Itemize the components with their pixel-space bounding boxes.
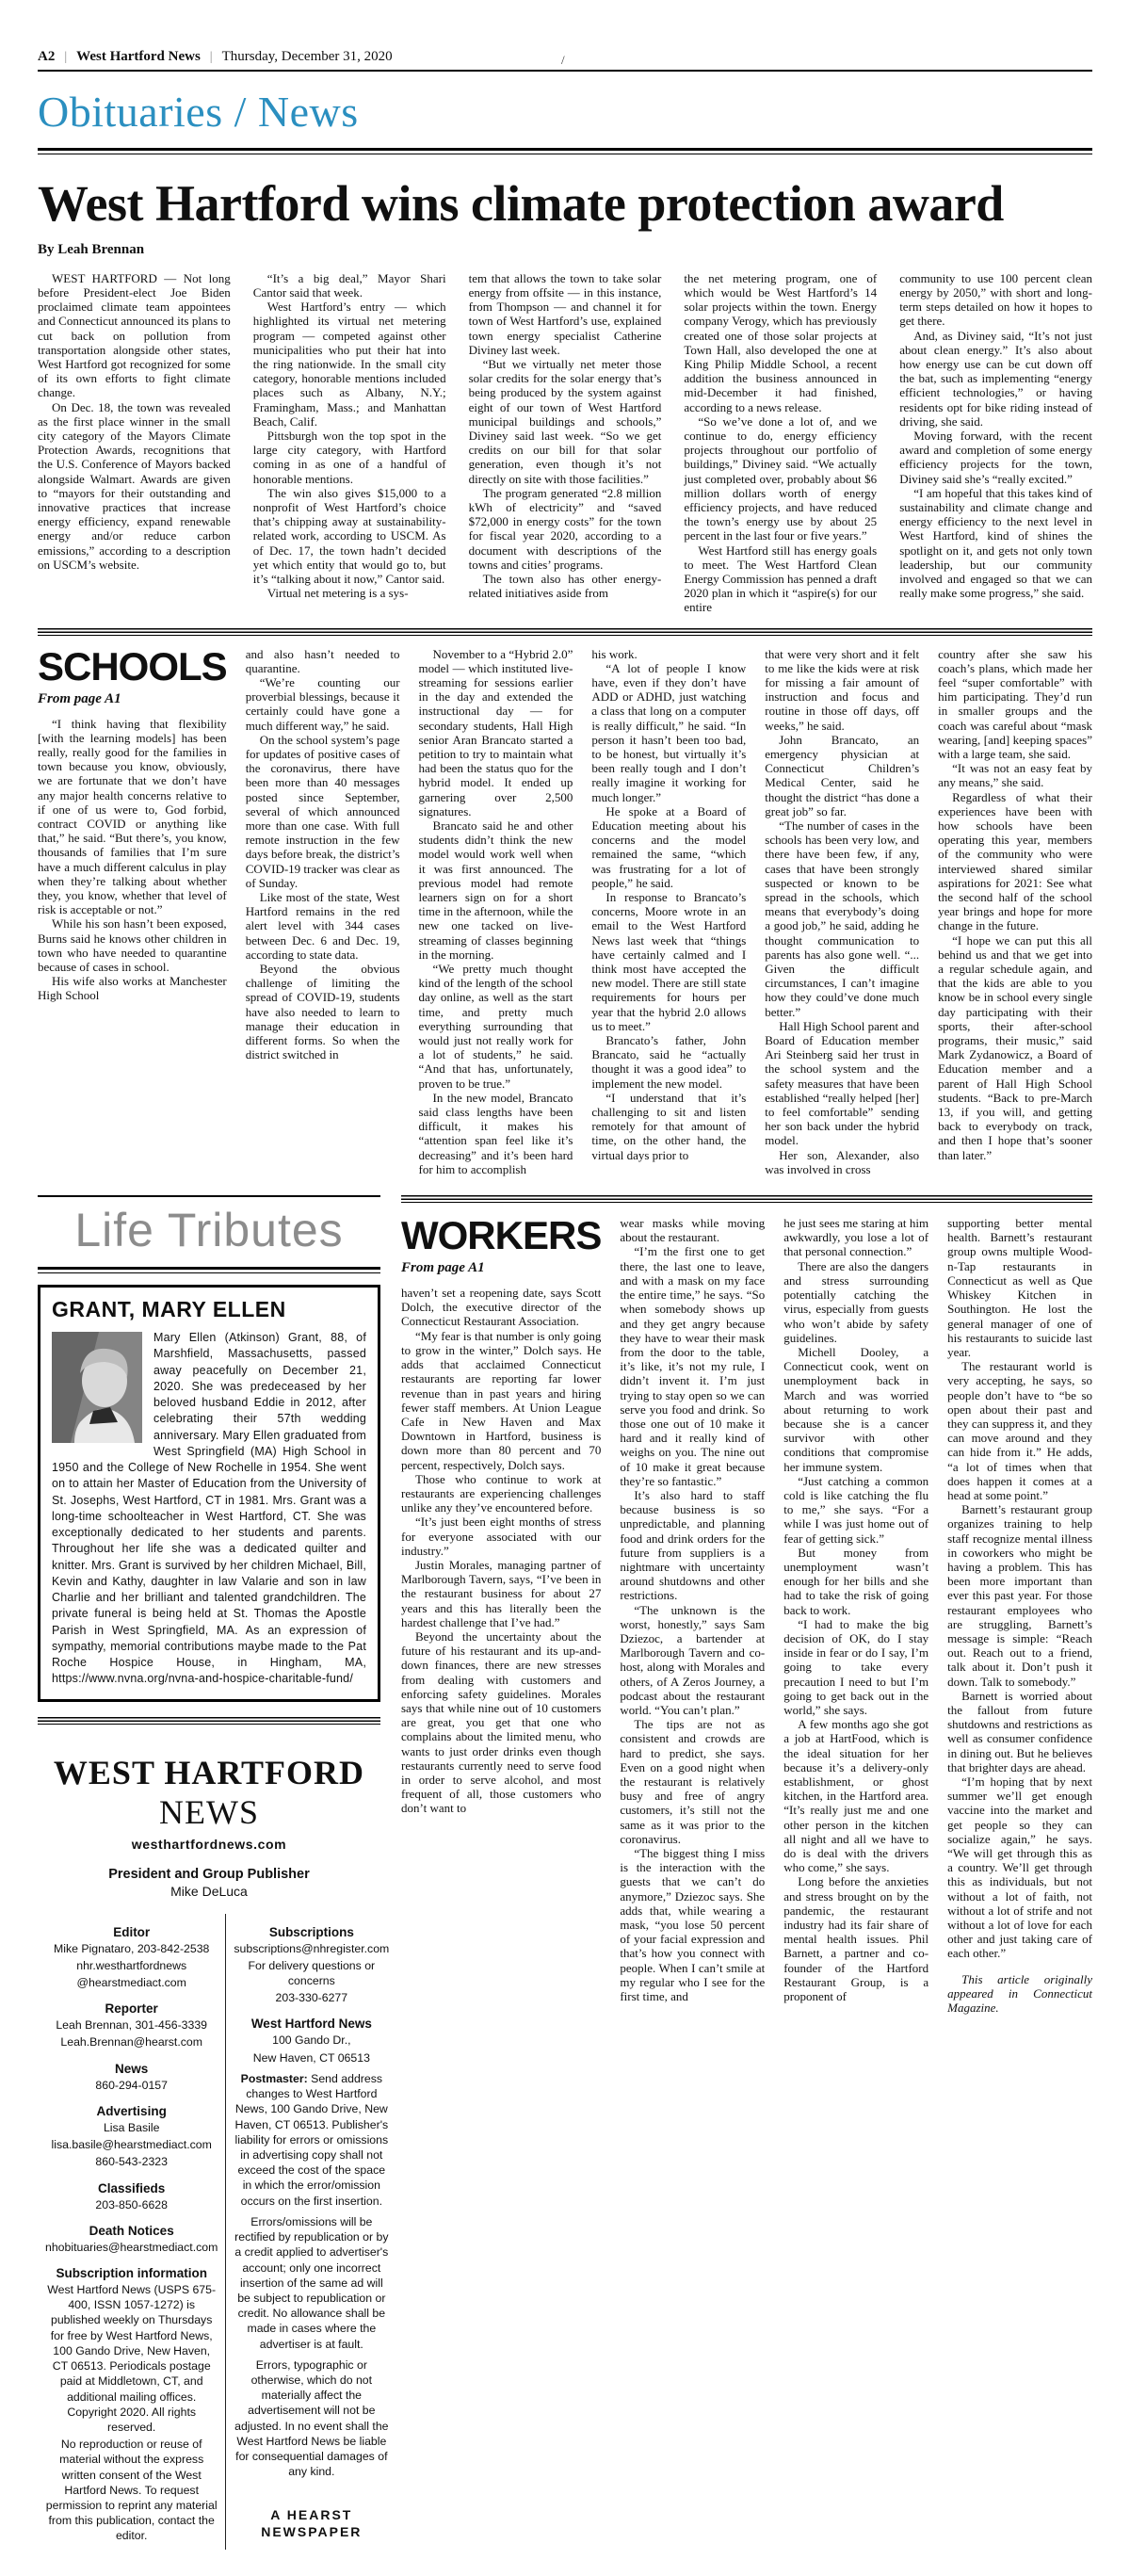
masthead-line: 860-543-2323 [45,2154,218,2169]
masthead-line: Errors, typographic or otherwise, which … [234,2357,389,2480]
paragraph: Pittsburgh won the top spot in the large… [253,429,446,486]
paragraph: country after she saw his coach’s plans,… [938,647,1092,762]
masthead-line: New Haven, CT 06513 [234,2050,389,2066]
left-rail: Life Tributes GRANT, MARY ELLEN Mary E [38,1195,380,2550]
article-column: supporting better mental health. Barnett… [947,1216,1092,2015]
masthead-line: West Hartford News (USPS 675-400, ISSN 1… [45,2282,218,2435]
masthead-heading: West Hartford News [234,2017,389,2031]
article-column: “It’s a big deal,” Mayor Shari Cantor sa… [253,271,446,615]
publication-name: West Hartford News [76,49,201,65]
paragraph: “So we’ve done a lot of, and we continue… [684,414,877,543]
masthead-columns: EditorMike Pignataro, 203-842-2538nhr.we… [38,1914,380,2550]
workers-jump-head: WORKERS From page A1 [401,1216,601,1276]
paragraph: On the school system’s page for updates … [246,733,400,890]
publisher-title: President and Group Publisher [38,1867,380,1882]
paragraph: Barnett is worried about the fallout fro… [947,1689,1092,1774]
masthead-line: Lisa Basile [45,2120,218,2135]
paragraph: A few months ago she got a job at HartFo… [783,1717,928,1874]
page-number: A2 [38,49,55,65]
paragraph: The program generated “2.8 million kWh o… [469,486,662,572]
article-column: community to use 100 percent clean energ… [899,271,1092,615]
paragraph: There are also the dangers and stress su… [783,1259,928,1345]
paragraph: “We pretty much thought kind of the leng… [419,962,573,1091]
paragraph: “I am hopeful that this takes kind of su… [899,486,1092,601]
paragraph: Hall High School parent and Board of Edu… [765,1019,919,1148]
masthead-block: News860-294-0157 [45,2062,218,2093]
lower-page-region: Life Tributes GRANT, MARY ELLEN Mary E [38,1195,1092,2550]
paragraph: His wife also works at Manchester High S… [38,974,227,1002]
paragraph: “But we virtually net meter those solar … [469,357,662,486]
masthead-heading: Subscription information [45,2266,218,2280]
masthead-line: 860-294-0157 [45,2078,218,2093]
workers-top-rule [401,1195,1092,1203]
column-text: haven’t set a reopening date, says Scott… [401,1286,601,1816]
masthead-block: Subscriptionssubscriptions@nhregister.co… [234,1925,389,2006]
obituary-photo [52,1332,142,1443]
masthead-heading: Advertising [45,2104,218,2118]
masthead-website: westhartfordnews.com [38,1837,380,1852]
article-column: November to a “Hybrid 2.0” model — which… [419,647,573,1177]
masthead-title-suffix: NEWS [159,1793,259,1831]
paragraph: haven’t set a reopening date, says Scott… [401,1286,601,1329]
paragraph: Beyond the uncertainty about the future … [401,1629,601,1816]
paragraph: “Just catching a common cold is like cat… [783,1474,928,1546]
schools-continuation: SCHOOLS From page A1 “I think having tha… [38,647,1092,1177]
paragraph: “I’m hoping that by next summer we’ll ge… [947,1774,1092,1961]
paragraph: and also hasn’t needed to quarantine. [246,647,400,675]
byline: By Leah Brennan [38,242,1092,258]
portrait-photo-illustration [52,1332,142,1443]
paragraph: The tips are not as consistent and crowd… [620,1717,765,1846]
issue-date: Thursday, December 31, 2020 [222,49,393,65]
paragraph: Long before the anxieties and stress bro… [783,1874,928,2003]
masthead-heading: Subscriptions [234,1925,389,1939]
paragraph: Brancato said he and other students didn… [419,818,573,962]
paragraph: The win also gives $15,000 to a nonprofi… [253,486,446,586]
masthead-line: Leah Brennan, 301-456-3339 [45,2017,218,2033]
paragraph: “The unknown is the worst, honestly,” sa… [620,1603,765,1718]
masthead-line: Mike Pignataro, 203-842-2538 [45,1941,218,1956]
page-folio: A2 | West Hartford News | Thursday, Dece… [38,49,1092,70]
paragraph: Like most of the state, West Hartford re… [246,890,400,962]
paragraph: Regardless of what their experiences hav… [938,790,1092,933]
masthead-block: ReporterLeah Brennan, 301-456-3339Leah.B… [45,2001,218,2049]
paragraph: “I hope we can put this all behind us an… [938,933,1092,1162]
article-column: tem that allows the town to take solar e… [469,271,662,615]
paragraph: Her son, Alexander, also was involved in… [765,1148,919,1176]
masthead-left-column: EditorMike Pignataro, 203-842-2538nhr.we… [38,1914,226,2550]
paragraph: tem that allows the town to take solar e… [469,271,662,357]
masthead-title: WEST HARTFORD NEWS [38,1753,380,1832]
from-page-note: From page A1 [401,1260,601,1276]
paragraph: West Hartford still has energy goals to … [684,543,877,615]
paragraph: the net metering program, one of which w… [684,271,877,414]
paragraph: that were very short and it felt to me l… [765,647,919,733]
masthead-block: Postmaster: Send address changes to West… [234,2071,389,2209]
masthead-block: A HEARST NEWSPAPER [234,2506,389,2541]
paragraph: The restaurant world is very accepting, … [947,1359,1092,1502]
paragraph: “It was not an easy feat by any means,” … [938,761,1092,789]
masthead-block: EditorMike Pignataro, 203-842-2538nhr.we… [45,1925,218,1991]
paragraph: In response to Brancato’s concerns, Moor… [591,890,746,1033]
folio-separator: | [64,50,67,65]
masthead-right-column: Subscriptionssubscriptions@nhregister.co… [226,1914,396,2550]
masthead-title-main: WEST HARTFORD [54,1754,364,1791]
workers-columns: WORKERS From page A1 haven’t set a reope… [401,1216,1092,2015]
column-text: supporting better mental health. Barnett… [947,1216,1092,1961]
masthead-block: Death Noticesnhobituaries@hearstmediact.… [45,2224,218,2255]
masthead-block: Subscription informationWest Hartford Ne… [45,2266,218,2544]
paragraph: November to a “Hybrid 2.0” model — which… [419,647,573,818]
masthead-block: Errors, typographic or otherwise, which … [234,2357,389,2480]
paragraph: He spoke at a Board of Education meeting… [591,804,746,890]
lead-article-columns: WEST HARTFORD — Not long before Presiden… [38,271,1092,615]
paragraph: “It’s a big deal,” Mayor Shari Cantor sa… [253,271,446,300]
newspaper-page: / A2 | West Hartford News | Thursday, De… [0,0,1130,2576]
masthead-line: 100 Gando Dr., [234,2033,389,2048]
paragraph: While his son hasn’t been exposed, Burns… [38,916,227,974]
masthead-heading: Death Notices [45,2224,218,2238]
masthead-block: Errors/omissions will be rectified by re… [234,2214,389,2352]
paragraph: Those who continue to work at restaurant… [401,1472,601,1515]
paragraph: “I understand that it’s challenging to s… [591,1091,746,1162]
masthead-line: Postmaster: Send address changes to West… [234,2071,389,2209]
paragraph: wear masks while moving about the restau… [620,1216,765,1244]
article-column: his work.“A lot of people I know have, e… [591,647,746,1177]
masthead-line: A HEARST NEWSPAPER [234,2506,389,2541]
paragraph: But money from unemployment wasn’t enoug… [783,1546,928,1617]
masthead-line: No reproduction or reuse of material wit… [45,2437,218,2544]
article-column: he just sees me staring at him awkwardly… [783,1216,928,2015]
schools-title: SCHOOLS [38,647,227,687]
masthead-line: Errors/omissions will be rectified by re… [234,2214,389,2352]
article-column: country after she saw his coach’s plans,… [938,647,1092,1177]
masthead-line: nhr.westhartfordnews [45,1958,218,1973]
paragraph: “The number of cases in the schools has … [765,818,919,1019]
section-title: Obituaries / News [38,87,1092,137]
masthead-line: nhobituaries@hearstmediact.com [45,2240,218,2255]
registration-mark: / [561,53,565,68]
paragraph: “It’s just been eight months of stress f… [401,1515,601,1558]
paragraph: It’s also hard to staff because business… [620,1488,765,1603]
masthead-top-rule [38,1717,380,1725]
paragraph: On Dec. 18, the town was revealed as the… [38,400,231,572]
paragraph: Brancato’s father, John Brancato, said h… [591,1033,746,1091]
workers-continuation: WORKERS From page A1 haven’t set a reope… [401,1195,1092,2550]
masthead-line: subscriptions@nhregister.com [234,1941,389,1956]
paragraph: WEST HARTFORD — Not long before Presiden… [38,271,231,400]
schools-jump-head: SCHOOLS From page A1 [38,647,227,707]
masthead-block: West Hartford News100 Gando Dr.,New Have… [234,2017,389,2065]
masthead-heading: Classifieds [45,2181,218,2195]
article-column: and also hasn’t needed to quarantine.“We… [246,647,400,1177]
masthead-lead-label: Postmaster: [241,2072,312,2085]
paragraph: And, as Diviney said, “It’s not just abo… [899,329,1092,429]
masthead-line: For delivery questions or concerns [234,1958,389,1988]
masthead-block: Classifieds203-850-6628 [45,2181,218,2212]
article-column: wear masks while moving about the restau… [620,1216,765,2015]
paragraph: In the new model, Brancato said class le… [419,1091,573,1176]
paragraph: Barnett’s restaurant group organizes tra… [947,1502,1092,1689]
masthead-line: lisa.basile@hearstmediact.com [45,2137,218,2152]
paragraph: “I think having that flexibility [with t… [38,717,227,917]
masthead-line: 203-850-6628 [45,2197,218,2212]
masthead-heading: Editor [45,1925,218,1939]
section-rule [38,148,1092,154]
article-column: that were very short and it felt to me l… [765,647,919,1177]
obituary-name: GRANT, MARY ELLEN [52,1297,366,1322]
paragraph: community to use 100 percent clean energ… [899,271,1092,329]
article-column: the net metering program, one of which w… [684,271,877,615]
masthead-line: Leah.Brennan@hearst.com [45,2034,218,2049]
paragraph: “A lot of people I know have, even if th… [591,661,746,804]
obituary-card: GRANT, MARY ELLEN Mary Ellen (Atkinson) … [38,1285,380,1702]
paragraph: his work. [591,647,746,661]
paragraph: “I’m the first one to get there, the las… [620,1244,765,1487]
paragraph: “My fear is that number is only going to… [401,1329,601,1472]
paragraph: The town also has other energy-related i… [469,572,662,600]
column-text: “I think having that flexibility [with t… [38,717,227,1003]
folio-rule [38,70,1092,72]
masthead-heading: Reporter [45,2001,218,2016]
paragraph: supporting better mental health. Barnett… [947,1216,1092,1359]
paragraph: Justin Morales, managing partner of Marl… [401,1558,601,1629]
article-column: SCHOOLS From page A1 “I think having tha… [38,647,227,1177]
paragraph: “I had to make the big decision of OK, d… [783,1617,928,1717]
article-headline: West Hartford wins climate protection aw… [38,177,1092,231]
masthead: WEST HARTFORD NEWS westhartfordnews.com … [38,1736,380,2550]
paragraph: Moving forward, with the recent award an… [899,429,1092,486]
article-column: WEST HARTFORD — Not long before Presiden… [38,271,231,615]
masthead-heading: News [45,2062,218,2076]
paragraph: “We’re counting our proverbial blessings… [246,675,400,733]
life-tributes-banner: Life Tributes [38,1197,380,1267]
folio-separator: | [210,50,213,65]
article-column: WORKERS From page A1 haven’t set a reope… [401,1216,601,2015]
publisher-name: Mike DeLuca [38,1884,380,1899]
masthead-block: AdvertisingLisa Basilelisa.basile@hearst… [45,2104,218,2170]
paragraph: “The biggest thing I miss is the interac… [620,1846,765,2003]
from-page-note: From page A1 [38,691,227,707]
lead-article: West Hartford wins climate protection aw… [38,177,1092,615]
paragraph: John Brancato, an emergency physician at… [765,733,919,818]
paragraph: Virtual net metering is a sys- [253,586,446,600]
paragraph: Michell Dooley, a Connecticut cook, went… [783,1345,928,1474]
source-note: This article originally appeared in Conn… [947,1972,1092,2016]
section-divider-rule [38,628,1092,636]
schools-columns: SCHOOLS From page A1 “I think having tha… [38,647,1092,1177]
paragraph: West Hartford’s entry — which highlighte… [253,300,446,429]
masthead-line: @hearstmediact.com [45,1975,218,1990]
masthead-line: 203-330-6277 [234,1990,389,2005]
paragraph: he just sees me staring at him awkwardly… [783,1216,928,1259]
tributes-bottom-rule [38,1267,380,1273]
paragraph: Beyond the obvious challenge of limiting… [246,962,400,1061]
workers-title: WORKERS [401,1216,601,1256]
